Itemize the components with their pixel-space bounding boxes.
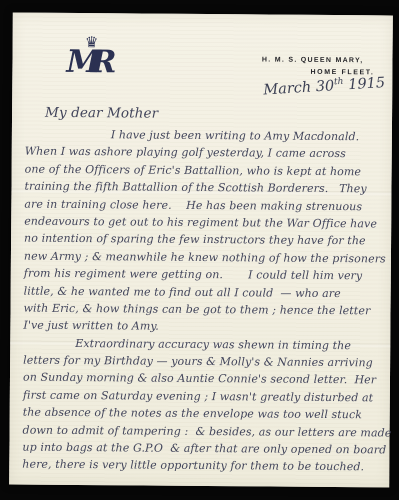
- letter-line: here, there is very little opportunity f…: [22, 456, 387, 476]
- salutation: My dear Mother: [25, 105, 390, 129]
- date-year: 1915: [343, 75, 385, 94]
- letter-line: from his regiment were getting on. I cou…: [24, 265, 389, 285]
- ship-name: H. M. S. QUEEN MARY,: [262, 56, 375, 64]
- letter-body: My dear Mother I have just been writing …: [22, 105, 390, 477]
- letter-line: training the fifth Battallion of the Sco…: [24, 178, 389, 198]
- handwritten-date: March 30th 1915: [263, 74, 386, 98]
- date-main: March 30: [263, 78, 335, 98]
- royal-cipher-crest: ♛ MR: [58, 35, 124, 78]
- royal-monogram: MR: [58, 48, 124, 78]
- scan-background: { "colors": { "background": "#070707", "…: [0, 0, 399, 500]
- letter-paper: ♛ MR H. M. S. QUEEN MARY, HOME FLEET. Ma…: [9, 13, 393, 488]
- printed-letterhead: H. M. S. QUEEN MARY, HOME FLEET.: [262, 56, 375, 76]
